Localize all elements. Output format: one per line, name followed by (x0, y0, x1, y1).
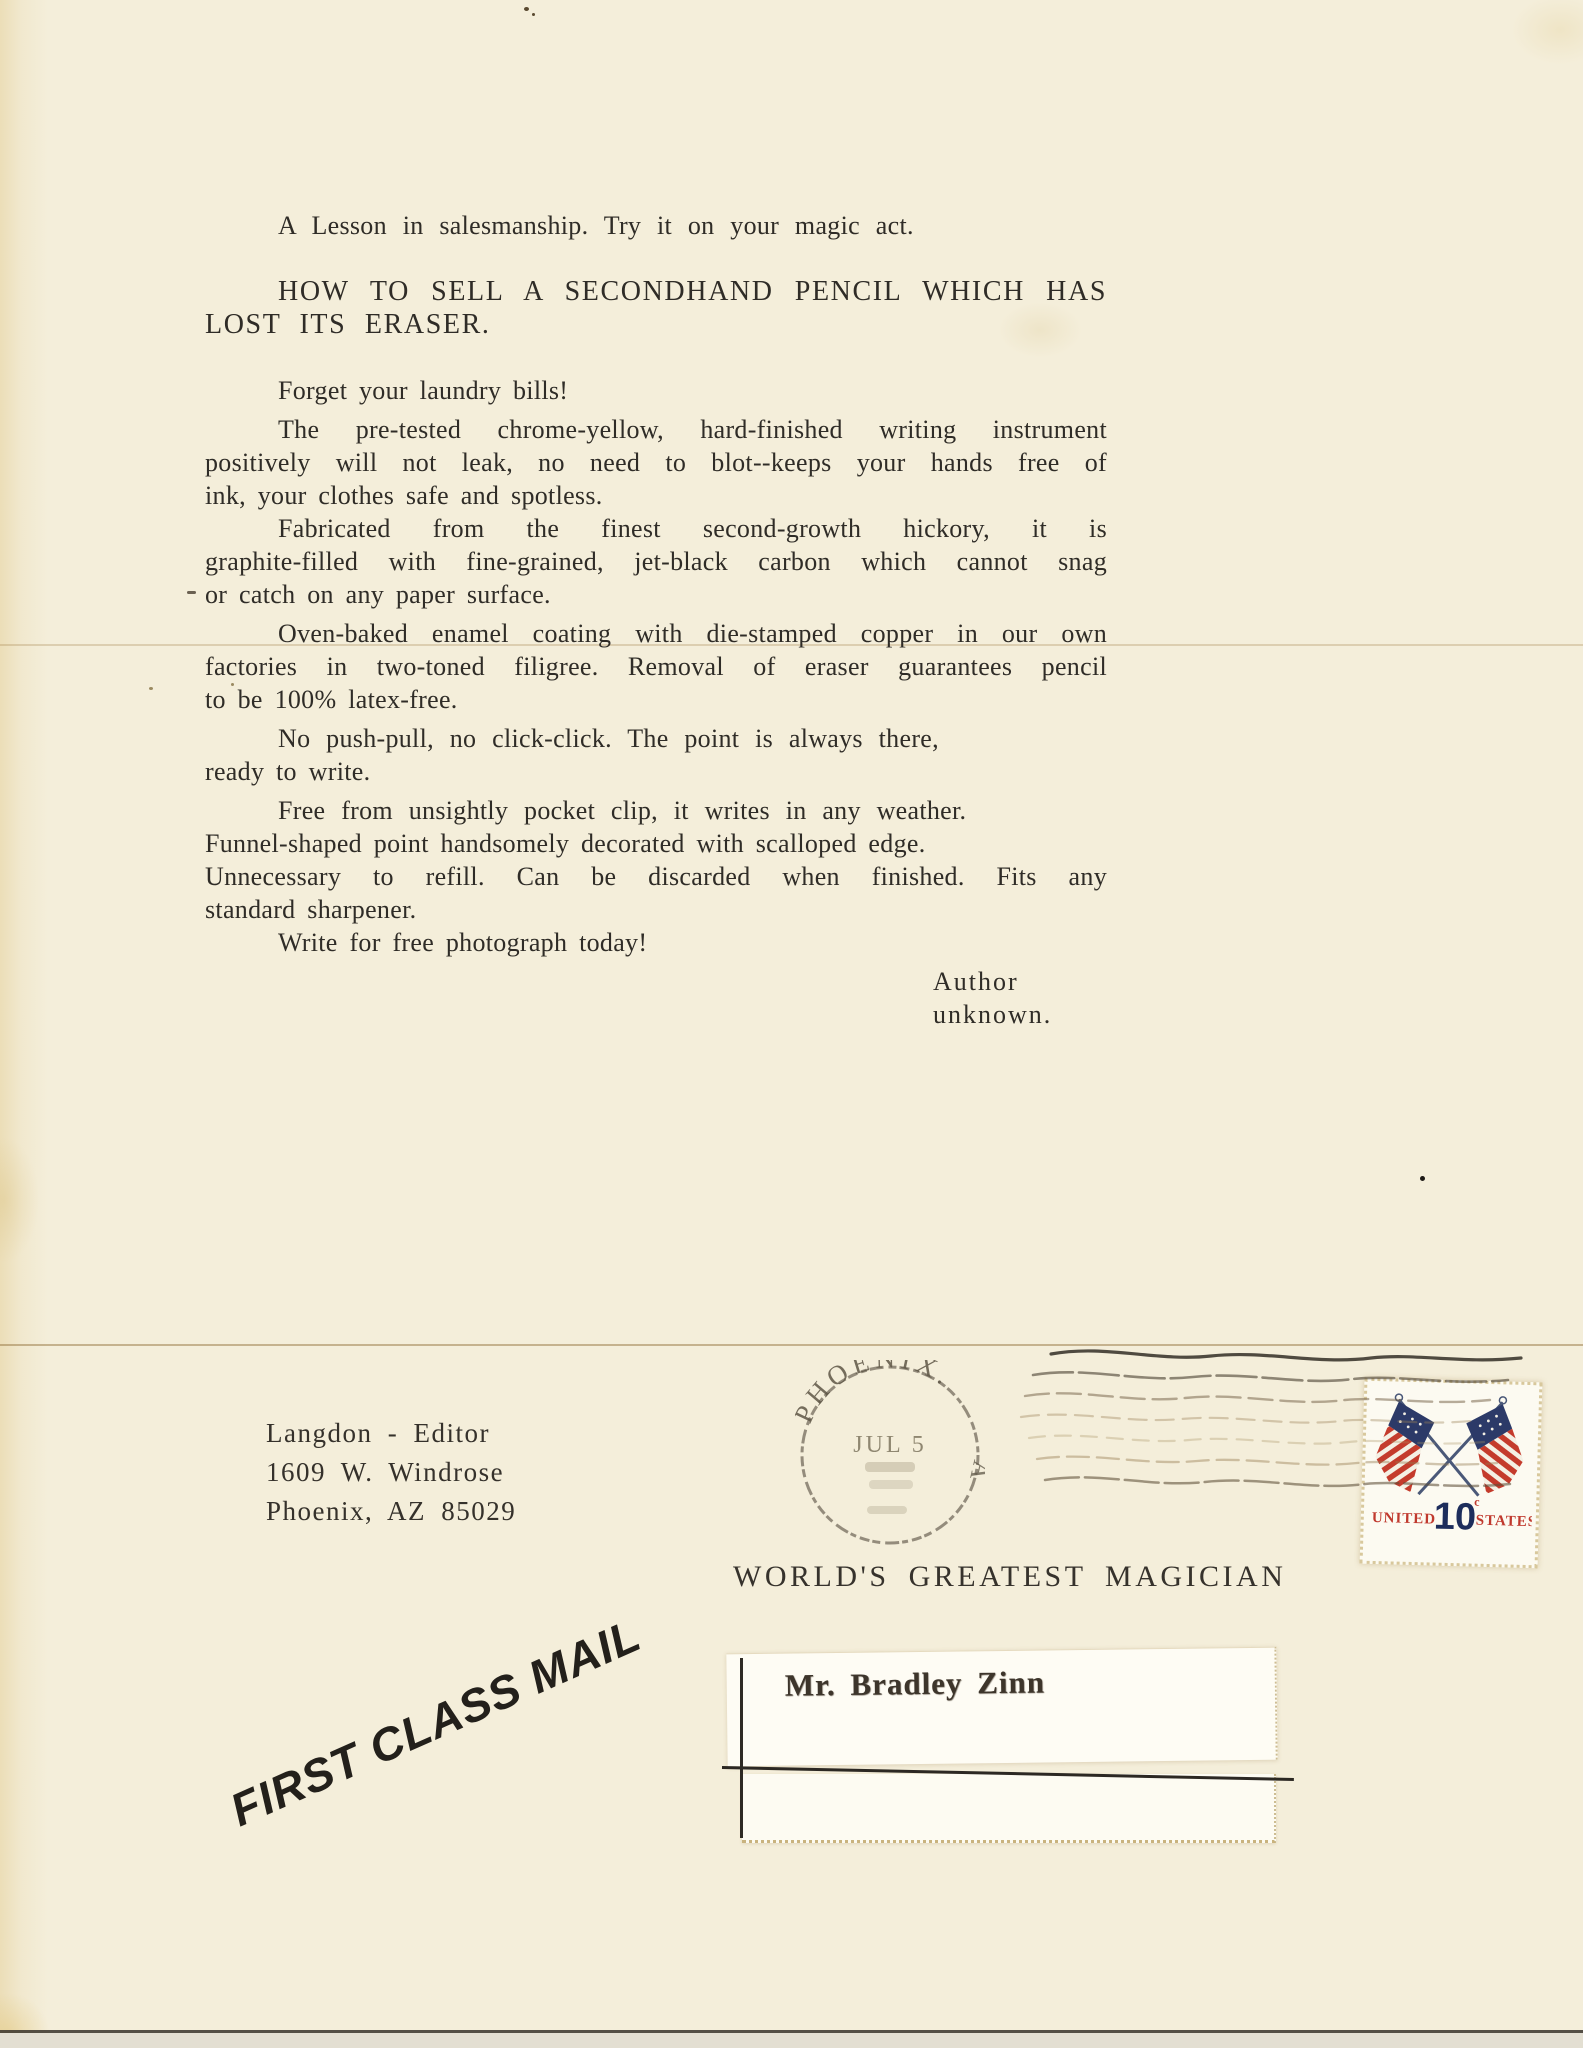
letter-heading-line: LOST ITS ERASER. (205, 308, 1107, 341)
postmark-date: JUL 5 (853, 1432, 926, 1458)
postmark-icon: PHOENIX. AZ JUL 5 (795, 1360, 985, 1550)
letter-line: graphite-filled with fine-grained, jet-b… (205, 545, 1107, 578)
letter-line: Write for free photograph today! (205, 926, 1107, 959)
letter-body: A Lesson in salesmanship. Try it on your… (205, 209, 1107, 1031)
letter-line: Fabricated from the finest second-growth… (205, 512, 1107, 545)
ink-speck (1420, 1176, 1425, 1181)
postmark-smudge (865, 1462, 915, 1472)
ink-speck (187, 591, 196, 594)
letter-line: Free from unsightly pocket clip, it writ… (205, 794, 1107, 827)
letter-line: to be 100% latex-free. (205, 683, 1107, 716)
letter-line: ink, your clothes safe and spotless. (205, 479, 1107, 512)
scanned-letter-page: A Lesson in salesmanship. Try it on your… (0, 0, 1583, 2048)
ink-speck (524, 7, 529, 11)
letter-line: The pre-tested chrome-yellow, hard-finis… (205, 413, 1107, 446)
return-address-line: 1609 W. Windrose (266, 1453, 516, 1492)
postmark-smudge (869, 1480, 913, 1489)
letter-line: or catch on any paper surface. (205, 578, 1107, 611)
letter-heading-line: HOW TO SELL A SECONDHAND PENCIL WHICH HA… (205, 275, 1107, 308)
letter-line: standard sharpener. (205, 893, 1107, 926)
letter-line: positively will not leak, no need to blo… (205, 446, 1107, 479)
ink-speck (532, 13, 535, 16)
postmark-city: PHOENIX. (795, 1360, 960, 1427)
letter-line: Forget your laundry bills! (205, 374, 1107, 407)
author-credit: Author unknown. (205, 965, 1107, 1031)
return-address: Langdon - Editor 1609 W. Windrose Phoeni… (266, 1414, 516, 1531)
letter-line: Unnecessary to refill. Can be discarded … (205, 860, 1107, 893)
letter-title-line: A Lesson in salesmanship. Try it on your… (205, 209, 1107, 242)
recipient-name: Mr. Bradley Zinn (726, 1648, 1275, 1705)
cancellation-waves (1005, 1338, 1583, 1508)
return-address-line: Langdon - Editor (266, 1414, 516, 1453)
blank-label (742, 1774, 1276, 1843)
letter-line: No push-pull, no click-click. The point … (205, 722, 1107, 755)
recipient-label: Mr. Bradley Zinn (726, 1647, 1277, 1767)
label-edge-line (740, 1658, 743, 1838)
ink-speck (149, 687, 153, 690)
letter-line: Oven-baked enamel coating with die-stamp… (205, 617, 1107, 650)
first-class-mail-stamp: FIRST CLASS MAIL (222, 1617, 628, 1837)
scan-background-strip (0, 2033, 1583, 2048)
postmark-smudge (867, 1506, 907, 1514)
return-address-line: Phoenix, AZ 85029 (266, 1492, 516, 1531)
svg-text:PHOENIX.: PHOENIX. (795, 1360, 960, 1427)
stamp-united-label: UNITED (1372, 1510, 1437, 1528)
magician-headline: WORLD'S GREATEST MAGICIAN (733, 1560, 1286, 1594)
stamp-states-label: STATES (1476, 1513, 1536, 1531)
letter-line: factories in two-toned filigree. Removal… (205, 650, 1107, 683)
letter-line: ready to write. (205, 755, 1107, 788)
letter-line: Funnel-shaped point handsomely decorated… (205, 827, 1107, 860)
